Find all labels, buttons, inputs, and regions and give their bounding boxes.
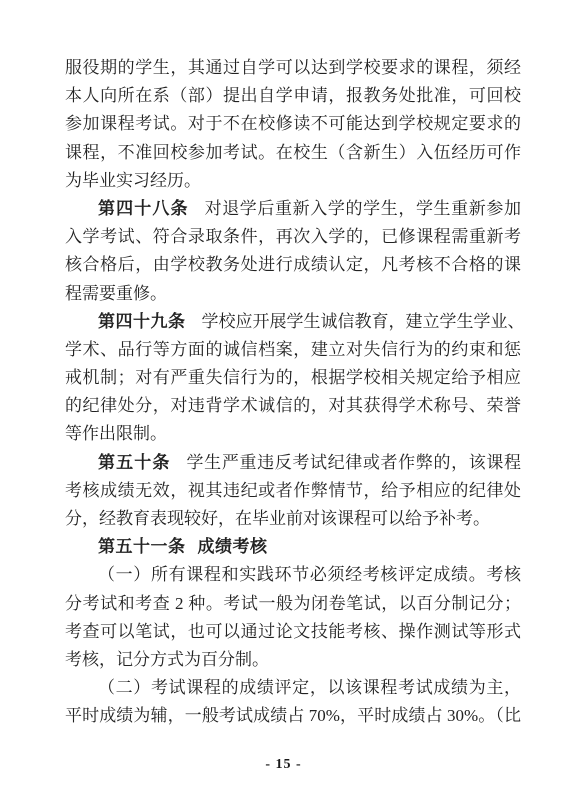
text-line: 考查可以笔试，也可以通过论文技能考核、操作测试等形式	[65, 618, 521, 646]
text-line: 第四十八条对退学后重新入学的学生，学生重新参加	[65, 195, 521, 223]
article-number: 第四十九条	[98, 312, 186, 331]
text-line: 戒机制；对有严重失信行为的，根据学校相关规定给予相应	[65, 364, 521, 392]
text-line: 参加课程考试。对于不在校修读不可能达到学校规定要求的	[65, 110, 521, 138]
text-line: 第五十条学生严重违反考试纪律或者作弊的，该课程	[65, 449, 521, 477]
text-line: 考核成绩无效，视其违纪或者作弊情节，给予相应的纪律处	[65, 477, 521, 505]
text-line: 分考试和考查 2 种。考试一般为闭卷笔试，以百分制记分；	[65, 590, 521, 618]
page-number: - 15 -	[0, 757, 567, 773]
document-page: 服役期的学生，其通过自学可以达到学校要求的课程，须经本人向所在系（部）提出自学申…	[0, 0, 567, 801]
text-line: 入学考试、符合录取条件，再次入学的，已修课程需重新考	[65, 223, 521, 251]
text-line: （二）考试课程的成绩评定，以该课程考试成绩为主，	[65, 674, 521, 702]
text-line: 服役期的学生，其通过自学可以达到学校要求的课程，须经	[65, 54, 521, 82]
text-line: 学术、品行等方面的诚信档案，建立对失信行为的约束和惩	[65, 336, 521, 364]
text-line: 等作出限制。	[65, 420, 521, 448]
article-number: 第四十八条	[98, 199, 189, 218]
document-body: 服役期的学生，其通过自学可以达到学校要求的课程，须经本人向所在系（部）提出自学申…	[65, 54, 521, 731]
text-line: 第四十九条学校应开展学生诚信教育，建立学生学业、	[65, 308, 521, 336]
text-line: 本人向所在系（部）提出自学申请，报教务处批准，可回校	[65, 82, 521, 110]
text-line: 分，经教育表现较好，在毕业前对该课程可以给予补考。	[65, 505, 521, 533]
article-number: 第五十一条	[98, 537, 186, 556]
text-line: 程需要重修。	[65, 280, 521, 308]
text-line: 课程，不准回校参加考试。在校生（含新生）入伍经历可作	[65, 139, 521, 167]
article-number: 第五十条	[98, 453, 171, 472]
text-line: 为毕业实习经历。	[65, 167, 521, 195]
text-line: 第五十一条成绩考核	[65, 533, 521, 561]
text-line: （一）所有课程和实践环节必须经考核评定成绩。考核	[65, 561, 521, 589]
article-text: 学生严重违反考试纪律或者作弊的，该课程	[187, 453, 521, 472]
text-line: 考核，记分方式为百分制。	[65, 646, 521, 674]
article-text: 学校应开展学生诚信教育，建立学生学业、	[202, 312, 525, 331]
article-text: 成绩考核	[198, 537, 268, 556]
text-line: 平时成绩为辅，一般考试成绩占 70%，平时成绩占 30%。（比	[65, 702, 521, 730]
text-line: 核合格后，由学校教务处进行成绩认定，凡考核不合格的课	[65, 251, 521, 279]
text-line: 的纪律处分，对违背学术诚信的，对其获得学术称号、荣誉	[65, 392, 521, 420]
article-text: 对退学后重新入学的学生，学生重新参加	[205, 199, 521, 218]
